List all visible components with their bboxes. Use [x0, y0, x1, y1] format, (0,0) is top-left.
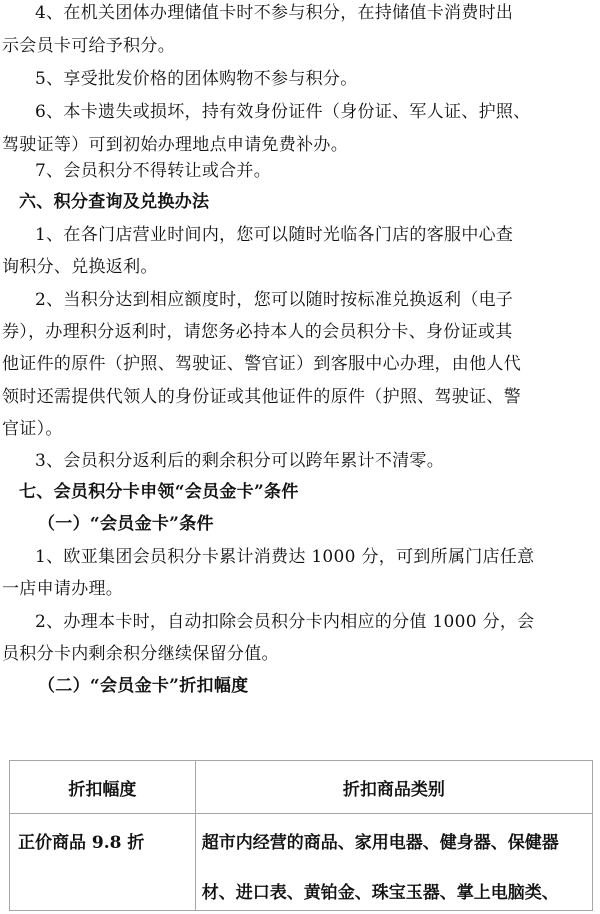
- table-cell-discount: 正价商品 9.8 折: [10, 814, 196, 911]
- table-header-row: 折扣幅度 折扣商品类别: [10, 761, 593, 814]
- document-page: 4、在机关团体办理储值卡时不参与积分，在持储值卡消费时出 示会员卡可给予积分。 …: [0, 0, 600, 914]
- table-row: 正价商品 9.8 折 超市内经营的商品、家用电器、健身器、保健器 材、进口表、黄…: [10, 814, 593, 911]
- section-6-item-2-line-3: 他证件的原件（护照、驾驶证、警官证）到客服中心办理，由他人代: [2, 353, 594, 375]
- section-6-item-1-line-1: 1、在各门店营业时间内，您可以随时光临各门店的客服中心查: [35, 224, 600, 246]
- paragraph-item-4-line-2: 示会员卡可给予积分。: [2, 35, 594, 57]
- discount-table: 折扣幅度 折扣商品类别 正价商品 9.8 折 超市内经营的商品、家用电器、健身器…: [9, 760, 593, 911]
- section-7-sub-1-item-1-line-1: 1、欧亚集团会员积分卡累计消费达 1000 分，可到所属门店任意: [35, 546, 600, 568]
- table-header-categories: 折扣商品类别: [195, 761, 592, 814]
- paragraph-item-7: 7、会员积分不得转让或合并。: [35, 160, 600, 182]
- categories-line-1: 超市内经营的商品、家用电器、健身器、保健器: [202, 832, 590, 854]
- section-7-sub-1-heading: （一）“会员金卡”条件: [38, 513, 600, 535]
- section-6-item-1-line-2: 询积分、兑换返利。: [2, 256, 594, 278]
- table-cell-categories: 超市内经营的商品、家用电器、健身器、保健器 材、进口表、黄铂金、珠宝玉器、掌上电…: [195, 814, 592, 911]
- paragraph-item-4-line-1: 4、在机关团体办理储值卡时不参与积分，在持储值卡消费时出: [35, 2, 600, 24]
- section-7-heading: 七、会员积分卡申领“会员金卡”条件: [19, 481, 600, 503]
- section-6-item-3: 3、会员积分返利后的剩余积分可以跨年累计不清零。: [35, 450, 600, 472]
- section-6-item-2-line-4: 领时还需提供代领人的身份证或其他证件的原件（护照、驾驶证、警: [2, 386, 594, 408]
- section-7-sub-1-item-2-line-2: 员积分卡内剩余积分继续保留分值。: [2, 643, 594, 665]
- section-6-item-2-line-1: 2、当积分达到相应额度时，您可以随时按标准兑换返利（电子: [35, 289, 600, 311]
- section-6-heading: 六、积分查询及兑换办法: [19, 191, 600, 213]
- paragraph-item-6-line-2: 驾驶证等）可到初始办理地点申请免费补办。: [2, 134, 594, 156]
- paragraph-item-5: 5、享受批发价格的团体购物不参与积分。: [35, 68, 600, 90]
- categories-line-2: 材、进口表、黄铂金、珠宝玉器、掌上电脑类、: [202, 882, 590, 904]
- section-7-sub-1-item-2-line-1: 2、办理本卡时，自动扣除会员积分卡内相应的分值 1000 分，会: [35, 611, 600, 633]
- discount-value: 正价商品 9.8 折: [10, 814, 195, 854]
- section-7-sub-1-item-1-line-2: 一店申请办理。: [2, 578, 594, 600]
- section-7-sub-2-heading: （二）“会员金卡”折扣幅度: [38, 675, 600, 697]
- table-header-discount: 折扣幅度: [10, 761, 196, 814]
- section-6-item-2-line-2: 券），办理积分返利时，请您务必持本人的会员积分卡、身份证或其: [2, 321, 594, 343]
- section-6-item-2-line-5: 官证）。: [2, 418, 594, 440]
- paragraph-item-6-line-1: 6、本卡遗失或损坏，持有效身份证件（身份证、军人证、护照、: [35, 101, 600, 123]
- categories-text: 超市内经营的商品、家用电器、健身器、保健器 材、进口表、黄铂金、珠宝玉器、掌上电…: [196, 814, 592, 904]
